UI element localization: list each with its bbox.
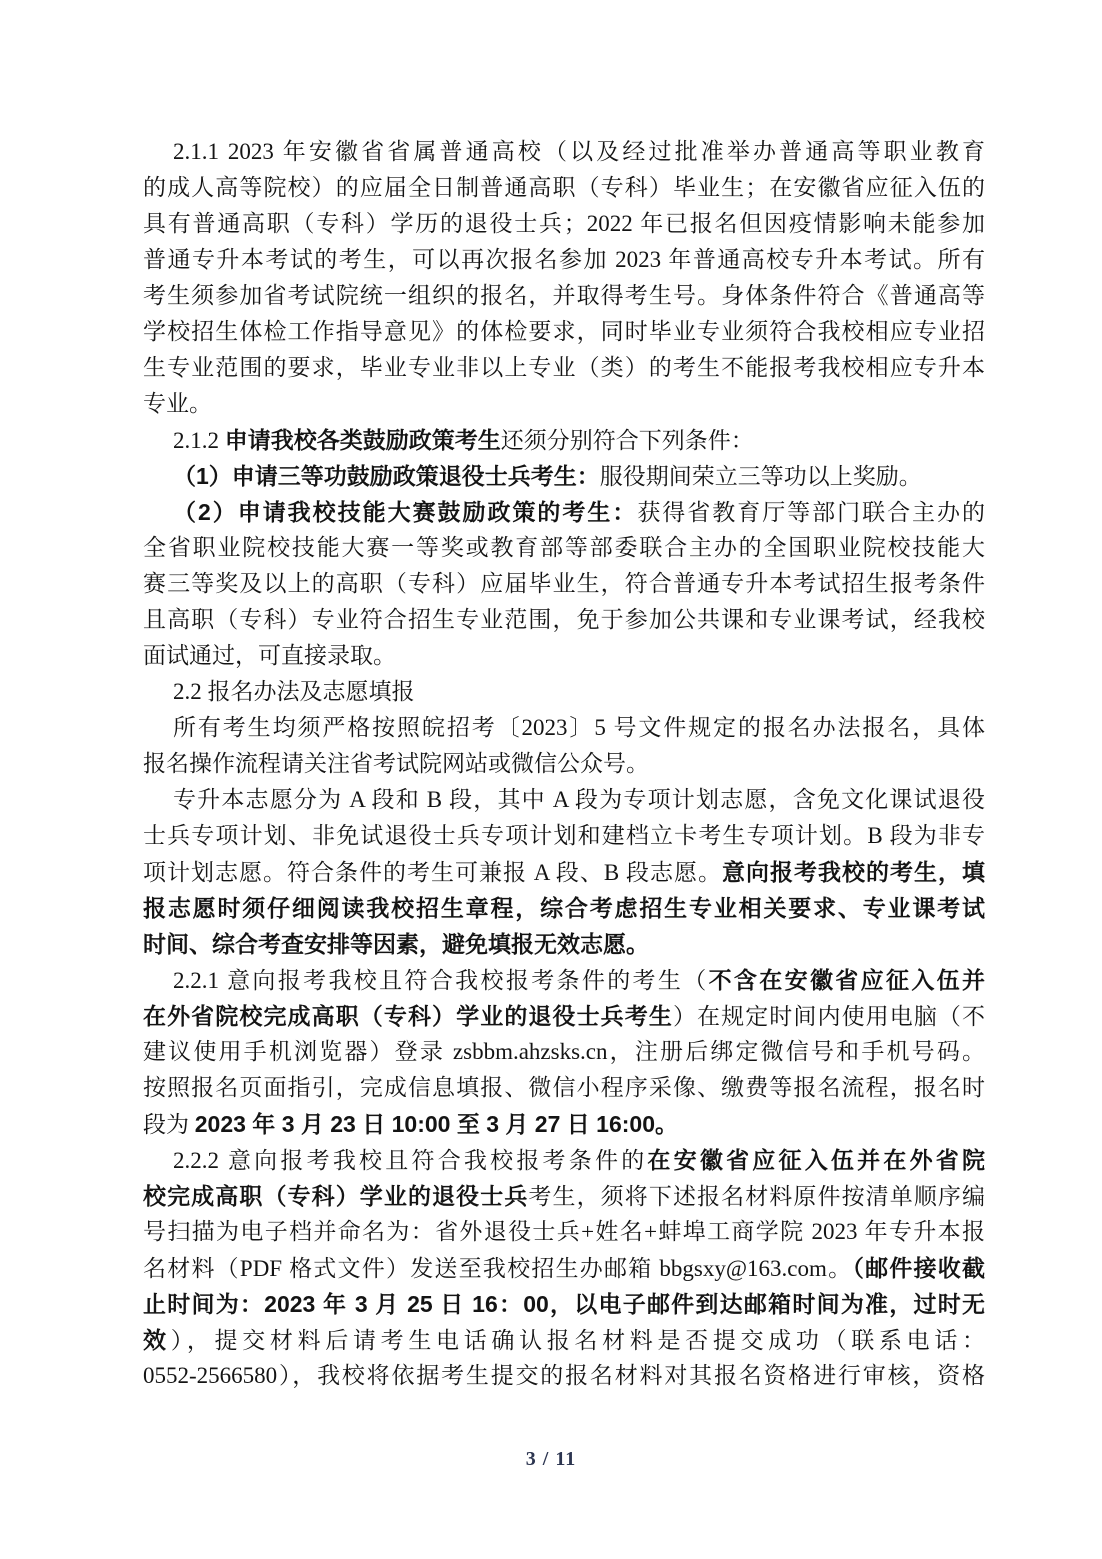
text-segment: 2.2 报名办法及志愿填报 (173, 679, 415, 704)
text-segment: 在外省院校完成高职（专科）学业的退役士兵考生 (143, 1003, 673, 1029)
text-line-24: 2.2.1 意向报考我校且符合我校报考条件的考生（不含在安徽省应征入伍并 (143, 962, 985, 998)
text-segment: 所有考生均须严格按照皖招考〔2023〕5 号文件规定的报名办法报名，具体 (173, 715, 985, 740)
text-line-10: （1）申请三等功鼓励政策退役士兵考生：服役期间荣立三等功以上奖励。 (143, 458, 985, 494)
text-line-2: 的成人高等院校）的应届全日制普通高职（专科）毕业生；在安徽省应征入伍的 (143, 170, 985, 206)
text-segment: 面试通过，可直接录取。 (143, 643, 396, 668)
text-segment: 报名操作流程请关注省考试院网站或微信公众号。 (143, 751, 649, 776)
text-segment: 效 (143, 1327, 171, 1353)
text-segment: 具有普通高职（专科）学历的退役士兵；2022 年已报名但因疫情影响未能参加 (143, 211, 985, 236)
text-line-22: 报志愿时须仔细阅读我校招生章程，综合考虑招生专业相关要求、专业课考试 (143, 890, 985, 926)
page-footer: 3 / 11 (0, 1448, 1102, 1471)
text-segment: 服役期间荣立三等功以上奖励。 (600, 464, 922, 489)
text-line-1: 2.1.1 2023 年安徽省省属普通高校（以及经过批准举办普通高等职业教育 (143, 134, 985, 170)
text-line-13: 赛三等奖及以上的高职（专科）应届毕业生，符合普通专升本考试招生报考条件 (143, 566, 985, 602)
text-segment: 普通专升本考试的考生，可以再次报名参加 2023 年普通高校专升本考试。所有 (143, 247, 985, 272)
text-segment: 2.1.1 2023 年安徽省省属普通高校（以及经过批准举办普通高等职业教育 (173, 139, 985, 164)
text-line-33: 止时间为：2023 年 3 月 25 日 16：00，以电子邮件到达邮箱时间为准… (143, 1286, 985, 1322)
text-line-19: 专升本志愿分为 A 段和 B 段，其中 A 段为专项计划志愿，含免文化课试退役 (143, 782, 985, 818)
text-line-14: 且高职（专科）专业符合招生专业范围，免于参加公共课和专业课考试，经我校 (143, 602, 985, 638)
text-line-7: 生专业范围的要求，毕业专业非以上专业（类）的考生不能报考我校相应专升本 (143, 350, 985, 386)
text-line-8: 专业。 (143, 386, 985, 422)
text-line-11: （2）申请我校技能大赛鼓励政策的考生：获得省教育厅等部门联合主办的 (143, 494, 985, 530)
text-line-5: 考生须参加省考试院统一组织的报名，并取得考生号。身体条件符合《普通高等 (143, 278, 985, 314)
document-body: 2.1.1 2023 年安徽省省属普通高校（以及经过批准举办普通高等职业教育的成… (143, 134, 985, 1394)
text-segment: 在安徽省应征入伍并在外省院 (647, 1147, 985, 1173)
text-segment: ）在规定时间内使用电脑（不 (673, 1004, 985, 1029)
text-segment: 2023 年 3 月 23 日 10:00 至 3 月 27 日 16:00。 (195, 1111, 678, 1137)
text-line-31: 号扫描为电子档并命名为：省外退役士兵+姓名+蚌埠工商学院 2023 年专升本报 (143, 1214, 985, 1250)
text-line-3: 具有普通高职（专科）学历的退役士兵；2022 年已报名但因疫情影响未能参加 (143, 206, 985, 242)
text-line-27: 按照报名页面指引，完成信息填报、微信小程序采像、缴费等报名流程，报名时 (143, 1070, 985, 1106)
text-segment: 2.1.2 (173, 428, 225, 453)
text-segment: ），提交材料后请考生电话确认报名材料是否提交成功（联系电话： (171, 1328, 985, 1353)
text-segment: 不含在安徽省应征入伍并 (709, 967, 985, 993)
text-line-25: 在外省院校完成高职（专科）学业的退役士兵考生）在规定时间内使用电脑（不 (143, 998, 985, 1034)
text-line-16: 2.2 报名办法及志愿填报 (143, 674, 985, 710)
text-line-6: 学校招生体检工作指导意见》的体检要求，同时毕业专业须符合我校相应专业招 (143, 314, 985, 350)
text-segment: 士兵专项计划、非免试退役士兵专项计划和建档立卡考生专项计划。B 段为非专 (143, 823, 985, 848)
text-segment: 考生，须将下述报名材料原件按清单顺序编 (528, 1184, 985, 1209)
text-segment: 止时间为：2023 年 3 月 25 日 16：00，以电子邮件到达邮箱时间为准… (143, 1291, 985, 1317)
text-line-12: 全省职业院校技能大赛一等奖或教育部等部委联合主办的全国职业院校技能大 (143, 530, 985, 566)
text-segment: 的成人高等院校）的应届全日制普通高职（专科）毕业生；在安徽省应征入伍的 (143, 175, 985, 200)
text-segment: 0552-2566580），我校将依据考生提交的报名材料对其报名资格进行审核，资… (143, 1363, 985, 1388)
text-segment: 且高职（专科）专业符合招生专业范围，免于参加公共课和专业课考试，经我校 (143, 607, 985, 632)
text-line-34: 效），提交材料后请考生电话确认报名材料是否提交成功（联系电话： (143, 1322, 985, 1358)
text-line-17: 所有考生均须严格按照皖招考〔2023〕5 号文件规定的报名办法报名，具体 (143, 710, 985, 746)
text-line-9: 2.1.2 申请我校各类鼓励政策考生还须分别符合下列条件： (143, 422, 985, 458)
text-segment: 赛三等奖及以上的高职（专科）应届毕业生，符合普通专升本考试招生报考条件 (143, 571, 985, 596)
text-line-23: 时间、综合考查安排等因素，避免填报无效志愿。 (143, 926, 985, 962)
text-line-28: 段为 2023 年 3 月 23 日 10:00 至 3 月 27 日 16:0… (143, 1106, 985, 1142)
text-line-32: 名材料（PDF 格式文件）发送至我校招生办邮箱 bbgsxy@163.com。（… (143, 1250, 985, 1286)
text-line-30: 校完成高职（专科）学业的退役士兵考生，须将下述报名材料原件按清单顺序编 (143, 1178, 985, 1214)
text-segment: 2.2.1 意向报考我校且符合我校报考条件的考生（ (173, 968, 709, 993)
text-line-29: 2.2.2 意向报考我校且符合我校报考条件的在安徽省应征入伍并在外省院 (143, 1142, 985, 1178)
text-segment: 还须分别符合下列条件： (501, 428, 754, 453)
text-segment: 名材料（PDF 格式文件）发送至我校招生办邮箱 bbgsxy@163.com。 (143, 1256, 852, 1281)
text-line-20: 士兵专项计划、非免试退役士兵专项计划和建档立卡考生专项计划。B 段为非专 (143, 818, 985, 854)
text-line-26: 建议使用手机浏览器）登录 zsbbm.ahzsks.cn，注册后绑定微信号和手机… (143, 1034, 985, 1070)
text-line-4: 普通专升本考试的考生，可以再次报名参加 2023 年普通高校专升本考试。所有 (143, 242, 985, 278)
text-segment: （2）申请我校技能大赛鼓励政策的考生： (173, 499, 637, 525)
page-number: 3 / 11 (526, 1448, 576, 1470)
text-segment: 申请我校各类鼓励政策考生 (225, 427, 501, 453)
text-line-18: 报名操作流程请关注省考试院网站或微信公众号。 (143, 746, 985, 782)
text-segment: 意向报考我校的考生，填 (722, 859, 985, 885)
text-segment: 2.2.2 意向报考我校且符合我校报考条件的 (173, 1148, 647, 1173)
text-segment: （邮件接收截 (852, 1255, 985, 1281)
text-segment: 号扫描为电子档并命名为：省外退役士兵+姓名+蚌埠工商学院 2023 年专升本报 (143, 1219, 985, 1244)
text-line-15: 面试通过，可直接录取。 (143, 638, 985, 674)
document-page: 2.1.1 2023 年安徽省省属普通高校（以及经过批准举办普通高等职业教育的成… (0, 0, 1102, 1559)
text-segment: 项计划志愿。符合条件的考生可兼报 A 段、B 段志愿。 (143, 860, 722, 885)
text-segment: 按照报名页面指引，完成信息填报、微信小程序采像、缴费等报名流程，报名时 (143, 1075, 985, 1100)
text-segment: 获得省教育厅等部门联合主办的 (637, 500, 985, 525)
text-line-35: 0552-2566580），我校将依据考生提交的报名材料对其报名资格进行审核，资… (143, 1358, 985, 1394)
text-segment: 专业。 (143, 391, 212, 416)
text-segment: 报志愿时须仔细阅读我校招生章程，综合考虑招生专业相关要求、专业课考试 (143, 895, 985, 921)
text-segment: 学校招生体检工作指导意见》的体检要求，同时毕业专业须符合我校相应专业招 (143, 319, 985, 344)
text-segment: 全省职业院校技能大赛一等奖或教育部等部委联合主办的全国职业院校技能大 (143, 535, 985, 560)
text-line-21: 项计划志愿。符合条件的考生可兼报 A 段、B 段志愿。意向报考我校的考生，填 (143, 854, 985, 890)
text-segment: 建议使用手机浏览器）登录 zsbbm.ahzsks.cn，注册后绑定微信号和手机… (143, 1039, 985, 1064)
text-segment: 考生须参加省考试院统一组织的报名，并取得考生号。身体条件符合《普通高等 (143, 283, 985, 308)
text-segment: 时间、综合考查安排等因素，避免填报无效志愿。 (143, 931, 649, 957)
text-segment: 段为 (143, 1112, 195, 1137)
text-segment: 生专业范围的要求，毕业专业非以上专业（类）的考生不能报考我校相应专升本 (143, 355, 985, 380)
text-segment: （1）申请三等功鼓励政策退役士兵考生： (173, 463, 600, 489)
text-segment: 专升本志愿分为 A 段和 B 段，其中 A 段为专项计划志愿，含免文化课试退役 (173, 787, 985, 812)
text-segment: 校完成高职（专科）学业的退役士兵 (143, 1183, 528, 1209)
